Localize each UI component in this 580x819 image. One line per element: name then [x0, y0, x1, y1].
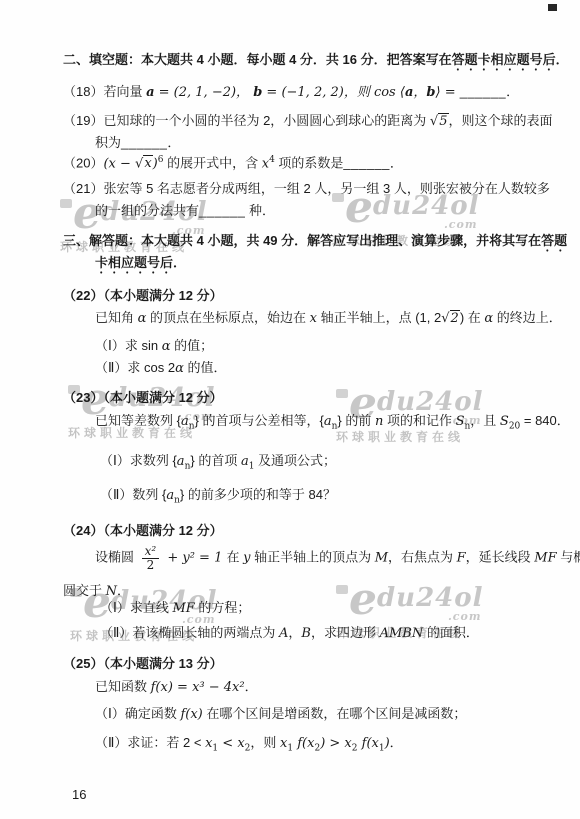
- section-3-header-line-2: 卡相应题号后．: [95, 255, 186, 277]
- q21-text-2: 的一组的分法共有: [95, 203, 199, 218]
- seq-a: a: [166, 488, 174, 503]
- section-3-header-period: ．: [173, 255, 186, 270]
- sqrt-icon: √: [441, 311, 449, 326]
- question-24-heading: （24）（本小题满分 12 分）: [63, 523, 223, 540]
- q24-text-6: 与椭: [557, 550, 580, 565]
- section-2-header-period: ．: [556, 52, 569, 67]
- q24-i-text-2: 的方程；: [195, 600, 251, 615]
- q18-text: （18）若向量: [63, 84, 146, 99]
- segment-MF: MF: [534, 551, 556, 566]
- q24-period: ．: [117, 583, 130, 598]
- seq-a: a: [177, 454, 185, 469]
- watermark-logo-e: e: [349, 582, 377, 617]
- question-24-body: 设椭圆 x²2 + y² = 1 在 y 轴正半轴上的顶点为 M，右焦点为 F，…: [95, 545, 580, 571]
- q23-heading-text: （23）（本小题满分 12 分）: [63, 390, 223, 405]
- alpha-var: α: [175, 361, 184, 376]
- sqrt-radicand-5: 5: [438, 113, 448, 129]
- watermark-badge-icon: [60, 199, 72, 208]
- f-open: f(: [293, 736, 307, 751]
- q23-text-6: = 840．: [520, 413, 570, 428]
- q20-period: ．: [390, 155, 403, 170]
- question-22-part-2: （Ⅱ）求 cos 2α 的值．: [95, 360, 227, 378]
- question-24-part-1: （Ⅰ）求直线 MF 的方程；: [100, 600, 250, 618]
- x2-var: x: [344, 736, 351, 751]
- section-2-header: 二、填空题：本大题共 4 小题．每小题 4 分．共 16 分．把答案写在答题卡相…: [63, 52, 569, 74]
- less-than: <: [218, 736, 237, 751]
- q23-ii-text: （Ⅱ）数列 {: [100, 487, 166, 502]
- q24-text-2: 在: [226, 550, 243, 565]
- sqrt-radicand-x: x: [143, 155, 152, 171]
- x-var: x: [310, 311, 317, 326]
- vector-b: b: [253, 85, 262, 100]
- q24-heading-text: （24）（本小题满分 12 分）: [63, 523, 223, 538]
- question-19-line-1: （19）已知球的一个小圆的半径为 2，小圆圆心到球心的距离为 √5，则这个球的表…: [63, 113, 553, 131]
- q25-ii-period: ．: [390, 735, 403, 750]
- quad-AMBN: AMBN: [380, 626, 424, 641]
- q18-vector-a-value: = (2, 1, −2)，: [155, 85, 254, 100]
- q18-comma: ，: [413, 85, 426, 100]
- q24-ii-text-2: ，求四边形: [311, 625, 380, 640]
- question-21-line-2: 的一组的分法共有______ 种．: [95, 203, 275, 220]
- segment-MF: MF: [172, 601, 194, 616]
- q24-text: 设椭圆: [95, 550, 138, 565]
- section-2-header-emphasis: 答题卡相应题号后: [452, 52, 556, 67]
- question-23-part-2: （Ⅱ）数列 {an} 的前多少项的和等于 84？: [100, 487, 336, 507]
- q24-ii-text-3: 的面积．: [423, 625, 479, 640]
- question-22-part-1: （Ⅰ）求 sin α 的值；: [95, 338, 213, 356]
- q22-ii-text-2: 的值．: [184, 360, 227, 375]
- q22-ii-text: （Ⅱ）求 cos 2: [95, 360, 175, 375]
- a1-var: a: [241, 454, 249, 469]
- question-25-heading: （25）（本小题满分 13 分）: [63, 656, 223, 673]
- question-25-part-1: （Ⅰ）确定函数 f(x) 在哪个区间是增函数，在哪个区间是减函数；: [95, 706, 466, 724]
- q22-i-text-2: 的值；: [170, 338, 213, 353]
- function-fx: f(x): [180, 707, 202, 722]
- q22-text-4: ) 在: [460, 310, 485, 325]
- answer-blank-20: ______: [343, 155, 389, 170]
- fraction-numerator: x²: [141, 545, 161, 558]
- sub-20: 20: [509, 422, 520, 432]
- q23-text-5: ，且: [470, 413, 500, 428]
- question-19-line-2: 积为______．: [95, 135, 180, 152]
- q23-text-3: } 的前: [337, 413, 375, 428]
- section-3-header-emphasis-2: 卡相应题号后: [95, 255, 173, 270]
- q25-i-text-2: 在哪个区间是增函数，在哪个区间是减函数；: [203, 706, 467, 721]
- question-23-heading: （23）（本小题满分 12 分）: [63, 390, 223, 407]
- fraction-denominator: 2: [142, 558, 160, 572]
- q20-text-2: 项的系数是: [275, 155, 344, 170]
- q23-i-text: （Ⅰ）求数列 {: [100, 453, 177, 468]
- sqrt-radicand-2: 2: [450, 310, 460, 326]
- q24-ii-text: （Ⅱ）若该椭圆长轴的两端点为: [100, 625, 279, 640]
- question-21-line-1: （21）张宏等 5 名志愿者分成两组，一组 2 人，另一组 3 人，则张宏被分在…: [63, 181, 550, 198]
- section-3-header-line-1: 三、解答题：本大题共 4 小题，共 49 分．解答应写出推理、演算步骤，并将其写…: [63, 233, 567, 255]
- q25-ii-text-2: ，则: [250, 735, 280, 750]
- q23-text: 已知等差数列 {: [95, 413, 181, 428]
- q23-text-4: 项的和记作: [383, 413, 455, 428]
- watermark-logo: edu24ol.com: [336, 582, 483, 622]
- question-23-part-1: （Ⅰ）求数列 {an} 的首项 a1 及通项公式；: [100, 453, 336, 473]
- question-23-body: 已知等差数列 {an} 的首项与公差相等，{an} 的前 n 项的和记作 Sn，…: [95, 413, 570, 433]
- sqrt-icon: √: [430, 114, 438, 129]
- question-24-part-2: （Ⅱ）若该椭圆长轴的两端点为 A，B，求四边形 AMBN 的面积．: [100, 625, 479, 643]
- question-25-body: 已知函数 f(x) = x³ − 4x²．: [95, 679, 258, 697]
- ellipse-fraction: x²2: [141, 545, 161, 571]
- q25-heading-text: （25）（本小题满分 13 分）: [63, 656, 223, 671]
- q21-unit: 种．: [245, 203, 275, 218]
- point-B: B: [301, 626, 311, 641]
- focus-F: F: [457, 551, 466, 566]
- alpha-var: α: [484, 311, 493, 326]
- seq-a: a: [324, 414, 332, 429]
- question-25-part-2: （Ⅱ）求证：若 2 < x1 < x2，则 x1 f(x2) > x2 f(x1…: [95, 735, 403, 755]
- watermark-brand: du24ol: [377, 389, 483, 415]
- q18-period: ．: [506, 84, 519, 99]
- q24-text-5: ，延长线段: [466, 550, 535, 565]
- q19-text-cont: ，则这个球的表面: [449, 113, 553, 128]
- q24-i-text: （Ⅰ）求直线: [100, 600, 172, 615]
- q23-ii-text-2: } 的前多少项的和等于 84？: [180, 487, 336, 502]
- q18-equals: ⟩ =: [435, 85, 459, 100]
- q24-text-4: ，右焦点为: [388, 550, 457, 565]
- q18-vector-b-value: = (−1, 2, 2)，则 cos ⟨: [262, 85, 405, 100]
- q25-period: ．: [245, 679, 258, 694]
- seq-a: a: [181, 414, 189, 429]
- q25-i-text: （Ⅰ）确定函数: [95, 706, 180, 721]
- q20-expression-open: (x −: [103, 156, 135, 171]
- answer-blank-18: ______: [460, 84, 506, 99]
- q22-text-5: 的终边上．: [493, 310, 562, 325]
- q22-text-3: 轴正半轴上，点 (1, 2: [317, 310, 441, 325]
- section-2-header-text: 二、填空题：本大题共 4 小题．每小题 4 分．共 16 分．把答案写在: [63, 52, 452, 67]
- function-fx: f(x) = x³ − 4x²: [151, 680, 245, 695]
- q19-text: （19）已知球的一个小圆的半径为 2，小圆圆心到球心的距离为: [63, 113, 430, 128]
- point-N: N: [106, 584, 117, 599]
- answer-blank-19: ______: [121, 135, 167, 150]
- q22-text-2: 的顶点在坐标原点，始边在: [146, 310, 309, 325]
- watermark-badge-icon: [336, 585, 348, 594]
- question-22-heading: （22）（本小题满分 12 分）: [63, 288, 223, 305]
- q20-text: 的展开式中，含: [163, 155, 261, 170]
- q25-ii-text: （Ⅱ）求证：若 2 <: [95, 735, 205, 750]
- scan-artifact: [548, 4, 557, 11]
- q22-heading-text: （22）（本小题满分 12 分）: [63, 288, 223, 303]
- q23-i-text-2: } 的首项: [190, 453, 241, 468]
- question-24-body-line-2: 圆交于 N．: [63, 583, 130, 601]
- ellipse-equation: + y² = 1: [163, 551, 226, 566]
- q24-text-7: 圆交于: [63, 583, 106, 598]
- page-number: 16: [72, 787, 86, 802]
- x2-var: x: [237, 736, 244, 751]
- watermark-domain: .com: [448, 611, 482, 622]
- section-3-header-text: 三、解答题：本大题共 4 小题，共 49 分．解答应写出推理、演算步骤，并将其写…: [63, 233, 541, 248]
- q21-text: （21）张宏等 5 名志愿者分成两组，一组 2 人，另一组 3 人，则张宏被分在…: [63, 181, 550, 196]
- q19-period: ．: [167, 135, 180, 150]
- gt-sign: ) >: [320, 736, 344, 751]
- q22-text: 已知角: [95, 310, 138, 325]
- watermark-badge-icon: [336, 389, 348, 398]
- f-open: f(: [358, 736, 372, 751]
- q24-text-3: 轴正半轴上的顶点为: [250, 550, 374, 565]
- q23-text-2: } 的首项与公差相等，{: [195, 413, 324, 428]
- watermark-domain: .com: [444, 219, 478, 230]
- q19-text-2: 积为: [95, 135, 121, 150]
- question-18: （18）若向量 a = (2, 1, −2)， b = (−1, 2, 2)，则…: [63, 84, 519, 102]
- x1-var: x: [372, 736, 379, 751]
- q25-text: 已知函数: [95, 679, 151, 694]
- question-20: （20）(x − √x)6 的展开式中，含 x4 项的系数是______．: [63, 155, 403, 173]
- q23-i-text-3: 及通项公式；: [254, 453, 336, 468]
- vector-a: a: [146, 85, 154, 100]
- q20-number: （20）: [63, 155, 103, 170]
- question-22-body: 已知角 α 的顶点在坐标原点，始边在 x 轴正半轴上，点 (1, 2√2) 在 …: [95, 310, 562, 328]
- section-3-header-emphasis-1: 答题: [541, 233, 567, 248]
- q24-ii-comma: ，: [288, 625, 301, 640]
- watermark-brand: du24ol: [377, 585, 483, 611]
- sum-S: S: [500, 414, 509, 429]
- point-M: M: [375, 551, 388, 566]
- exam-page-scan: edu24ol.com 环球职业教育在线 edu24ol.com 环球职业教育在…: [0, 0, 580, 819]
- q20-term-x: x: [262, 156, 269, 171]
- answer-blank-21: ______: [199, 203, 245, 218]
- point-A: A: [279, 626, 288, 641]
- q22-i-text: （Ⅰ）求 sin: [95, 338, 162, 353]
